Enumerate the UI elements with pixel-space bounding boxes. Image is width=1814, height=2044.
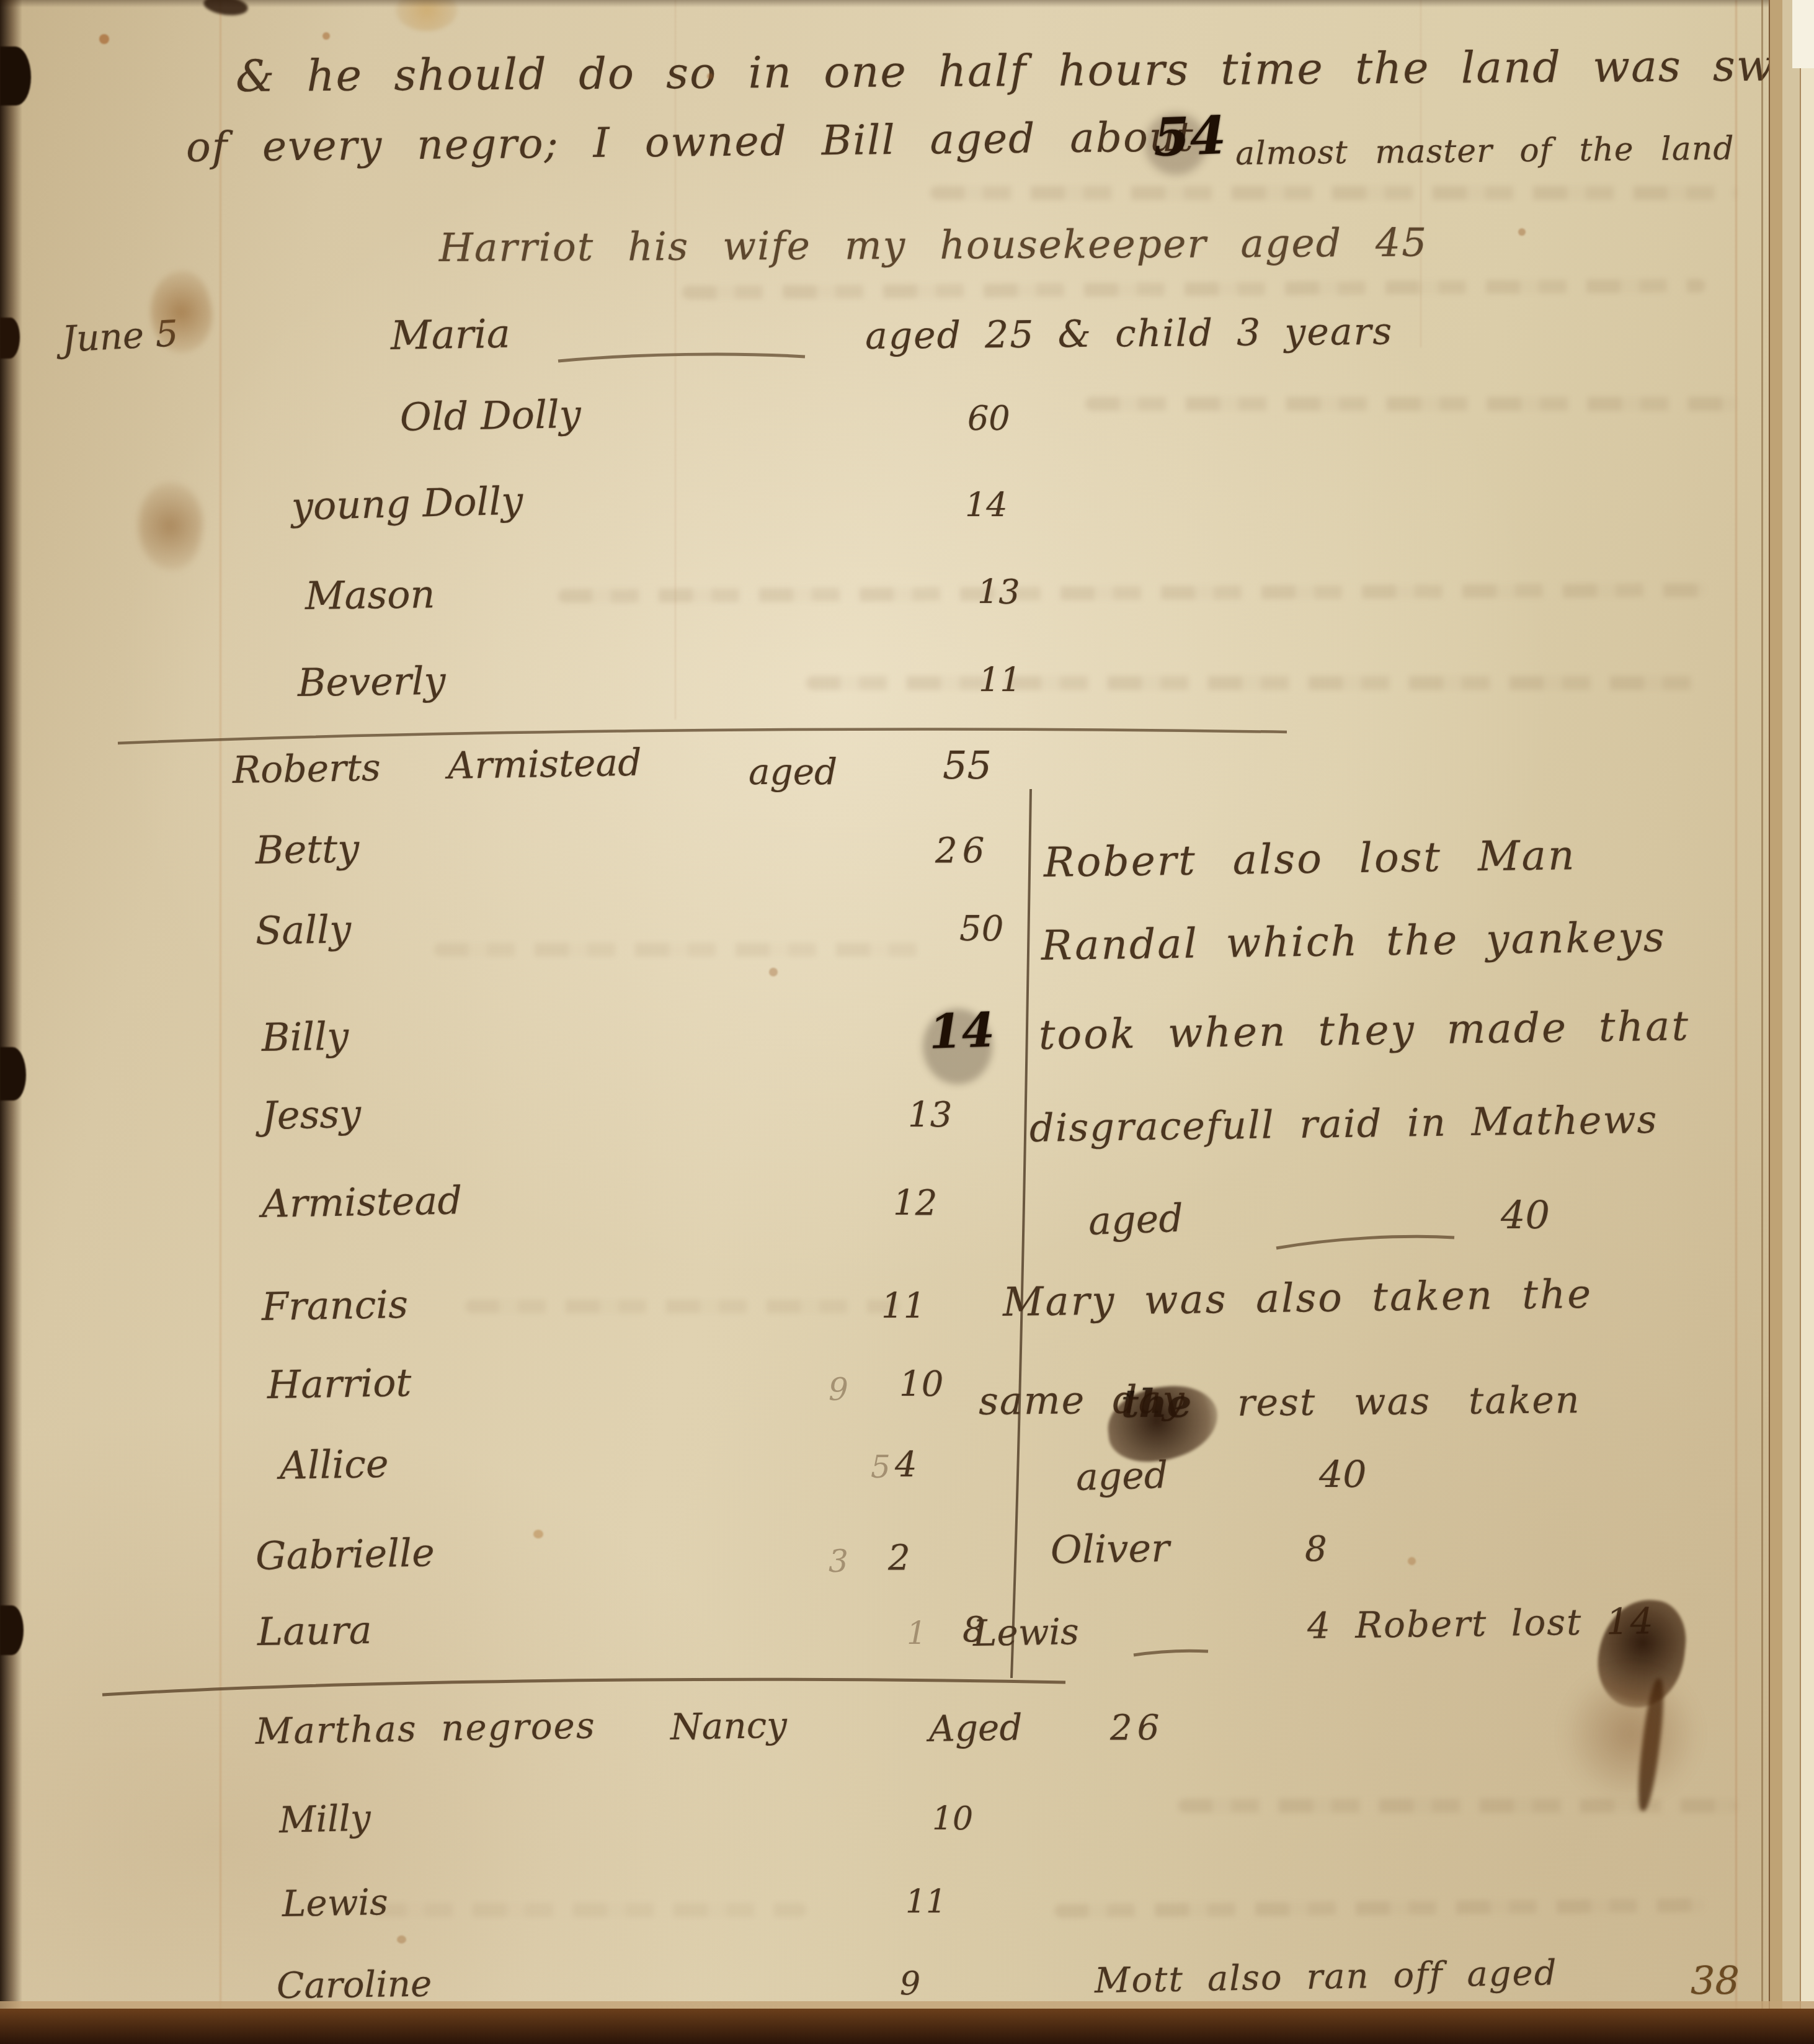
bleed-through-smudge <box>558 583 1705 603</box>
entry-age-previous: 1 <box>907 1618 927 1649</box>
entry-name: Sally <box>255 910 351 950</box>
bleed-through-smudge <box>682 279 1705 300</box>
entry-age: 10 <box>899 1367 943 1402</box>
entry-age-maria: aged 25 & child 3 years <box>865 313 1394 355</box>
entry-age: 2 <box>888 1541 910 1576</box>
narrative-line-1: & he should do so in one half hours time… <box>236 43 1814 98</box>
binding-tear <box>0 1047 26 1100</box>
entry-age-previous: 5 <box>871 1452 891 1483</box>
entry-name: Old Dolly <box>399 395 581 437</box>
entry-name: Milly <box>278 1800 371 1838</box>
entry-name: young Dolly <box>291 481 523 526</box>
entry-name: Mason <box>305 575 435 615</box>
entry-age-nancy: 26 <box>1110 1711 1164 1746</box>
family-head-last-name: Armistead <box>447 744 642 785</box>
entry-age: 50 <box>959 912 1003 947</box>
side-note-line: took when they made that <box>1039 1006 1691 1056</box>
randal-aged-dash-line <box>1276 1236 1454 1248</box>
entry-name: Caroline <box>277 1966 432 2004</box>
entry-name-oliver: Oliver <box>1050 1529 1170 1569</box>
ruled-edge-line <box>1735 0 1737 2044</box>
entry-name: Allice <box>279 1445 389 1485</box>
side-note-line: Mary was also taken the <box>1003 1275 1593 1323</box>
binding-tear <box>0 1605 24 1655</box>
entry-name: Armistead <box>261 1181 462 1223</box>
mott-note: Mott also ran off aged <box>1095 1956 1558 1999</box>
aged-label: aged <box>1075 1457 1168 1496</box>
entry-age: 11 <box>905 1886 946 1918</box>
section-divider-line <box>102 1679 1065 1695</box>
entry-name: Lewis <box>282 1884 388 1922</box>
ink-smudge <box>1145 113 1207 175</box>
entry-age-previous: 9 <box>829 1374 848 1405</box>
entry-name: Gabrielle <box>255 1533 435 1576</box>
section-divider-line <box>118 729 1287 743</box>
binding-tear <box>0 47 31 105</box>
side-note-line: rest was taken <box>1237 1381 1581 1422</box>
mary-age: 40 <box>1319 1457 1366 1494</box>
entry-name: Jessy <box>261 1095 361 1135</box>
speckle <box>322 32 330 40</box>
entry-name-lewis: Lewis <box>972 1613 1079 1651</box>
aged-label: Aged <box>928 1709 1022 1747</box>
side-note-line: disgracefull raid in Mathews <box>1029 1100 1658 1148</box>
bleed-through-smudge <box>1178 1799 1736 1813</box>
entry-name: Harriot <box>267 1363 411 1404</box>
entry-age: 9 <box>900 1968 920 2000</box>
speckle <box>769 968 778 976</box>
entry-age: 11 <box>979 664 1021 697</box>
speckle <box>397 1935 406 1944</box>
entry-name: Beverly <box>298 662 446 702</box>
bleed-through-smudge <box>372 1903 806 1917</box>
family-head-age: 55 <box>943 746 992 785</box>
entry-age: 13 <box>908 1098 952 1133</box>
entry-age: 14 <box>965 489 1008 522</box>
speckle <box>99 34 109 44</box>
bleed-through-smudge <box>806 676 1705 690</box>
ruled-margin-line <box>220 0 221 2044</box>
ink-smudge <box>923 1009 992 1084</box>
bleed-through-smudge <box>465 1300 899 1313</box>
entry-name: Billy <box>261 1017 349 1057</box>
side-note-line: Randal which the yankeys <box>1041 917 1667 966</box>
fore-edge-highlight <box>1792 0 1814 68</box>
fore-edge-band <box>1769 0 1784 2044</box>
bleed-through-smudge <box>1085 397 1736 411</box>
aged-label: aged <box>1088 1199 1184 1241</box>
manuscript-page: & he should do so in one half hours time… <box>0 0 1814 2044</box>
fore-edge-band <box>1782 0 1801 2044</box>
entry-name-nancy: Nancy <box>670 1707 787 1745</box>
page-edge-line-right <box>1761 0 1763 2044</box>
maria-dash-line <box>558 354 805 361</box>
column-divider-line <box>1011 789 1031 1678</box>
entry-name-maria: Maria <box>390 315 510 356</box>
aged-label: aged <box>749 754 837 790</box>
speckle <box>707 73 713 79</box>
entry-age: 26 <box>935 834 989 868</box>
entry-age: 11 <box>881 1289 925 1324</box>
entry-name: Francis <box>261 1285 408 1326</box>
bleed-through-smudge <box>1054 1898 1705 1917</box>
narrative-line-3: Harriot his wife my housekeeper aged 45 <box>439 223 1428 267</box>
entry-age-oliver: 8 <box>1305 1532 1327 1567</box>
bottom-edge-dark <box>0 2009 1814 2044</box>
bleed-through-smudge <box>434 943 930 957</box>
entry-name: Laura <box>257 1611 372 1651</box>
binding-edge-left <box>0 0 22 2044</box>
entry-age: 60 <box>967 402 1010 435</box>
page-number: 38 <box>1691 1961 1740 2000</box>
narrative-line-2-end: almost master of the land <box>1235 133 1735 170</box>
speckle <box>533 1530 543 1538</box>
entry-age: 13 <box>977 576 1020 609</box>
entry-age-previous: 3 <box>829 1546 848 1577</box>
entry-age: 12 <box>893 1186 937 1221</box>
section-heading: Marthas negroes <box>255 1707 596 1749</box>
randal-age: 40 <box>1501 1196 1550 1234</box>
ink-smear <box>1558 1669 1704 1799</box>
speckle <box>1408 1557 1416 1565</box>
narrative-line-2: of every negro; I owned Bill aged about <box>186 117 1194 168</box>
entry-age: 10 <box>932 1803 973 1835</box>
speckle <box>1518 228 1526 236</box>
bleed-through-smudge <box>930 186 1736 200</box>
entry-name: Betty <box>255 829 359 870</box>
family-head-first-name: Roberts <box>232 749 381 789</box>
fore-edge-band <box>1801 0 1814 2044</box>
lewis-dash-line <box>1134 1651 1208 1655</box>
side-note-line: Robert also lost Man <box>1044 835 1576 883</box>
ruled-column-line <box>675 0 676 720</box>
entry-age: 4 <box>895 1448 917 1483</box>
top-edge-shadow <box>0 0 1814 7</box>
brown-stain <box>131 478 210 574</box>
